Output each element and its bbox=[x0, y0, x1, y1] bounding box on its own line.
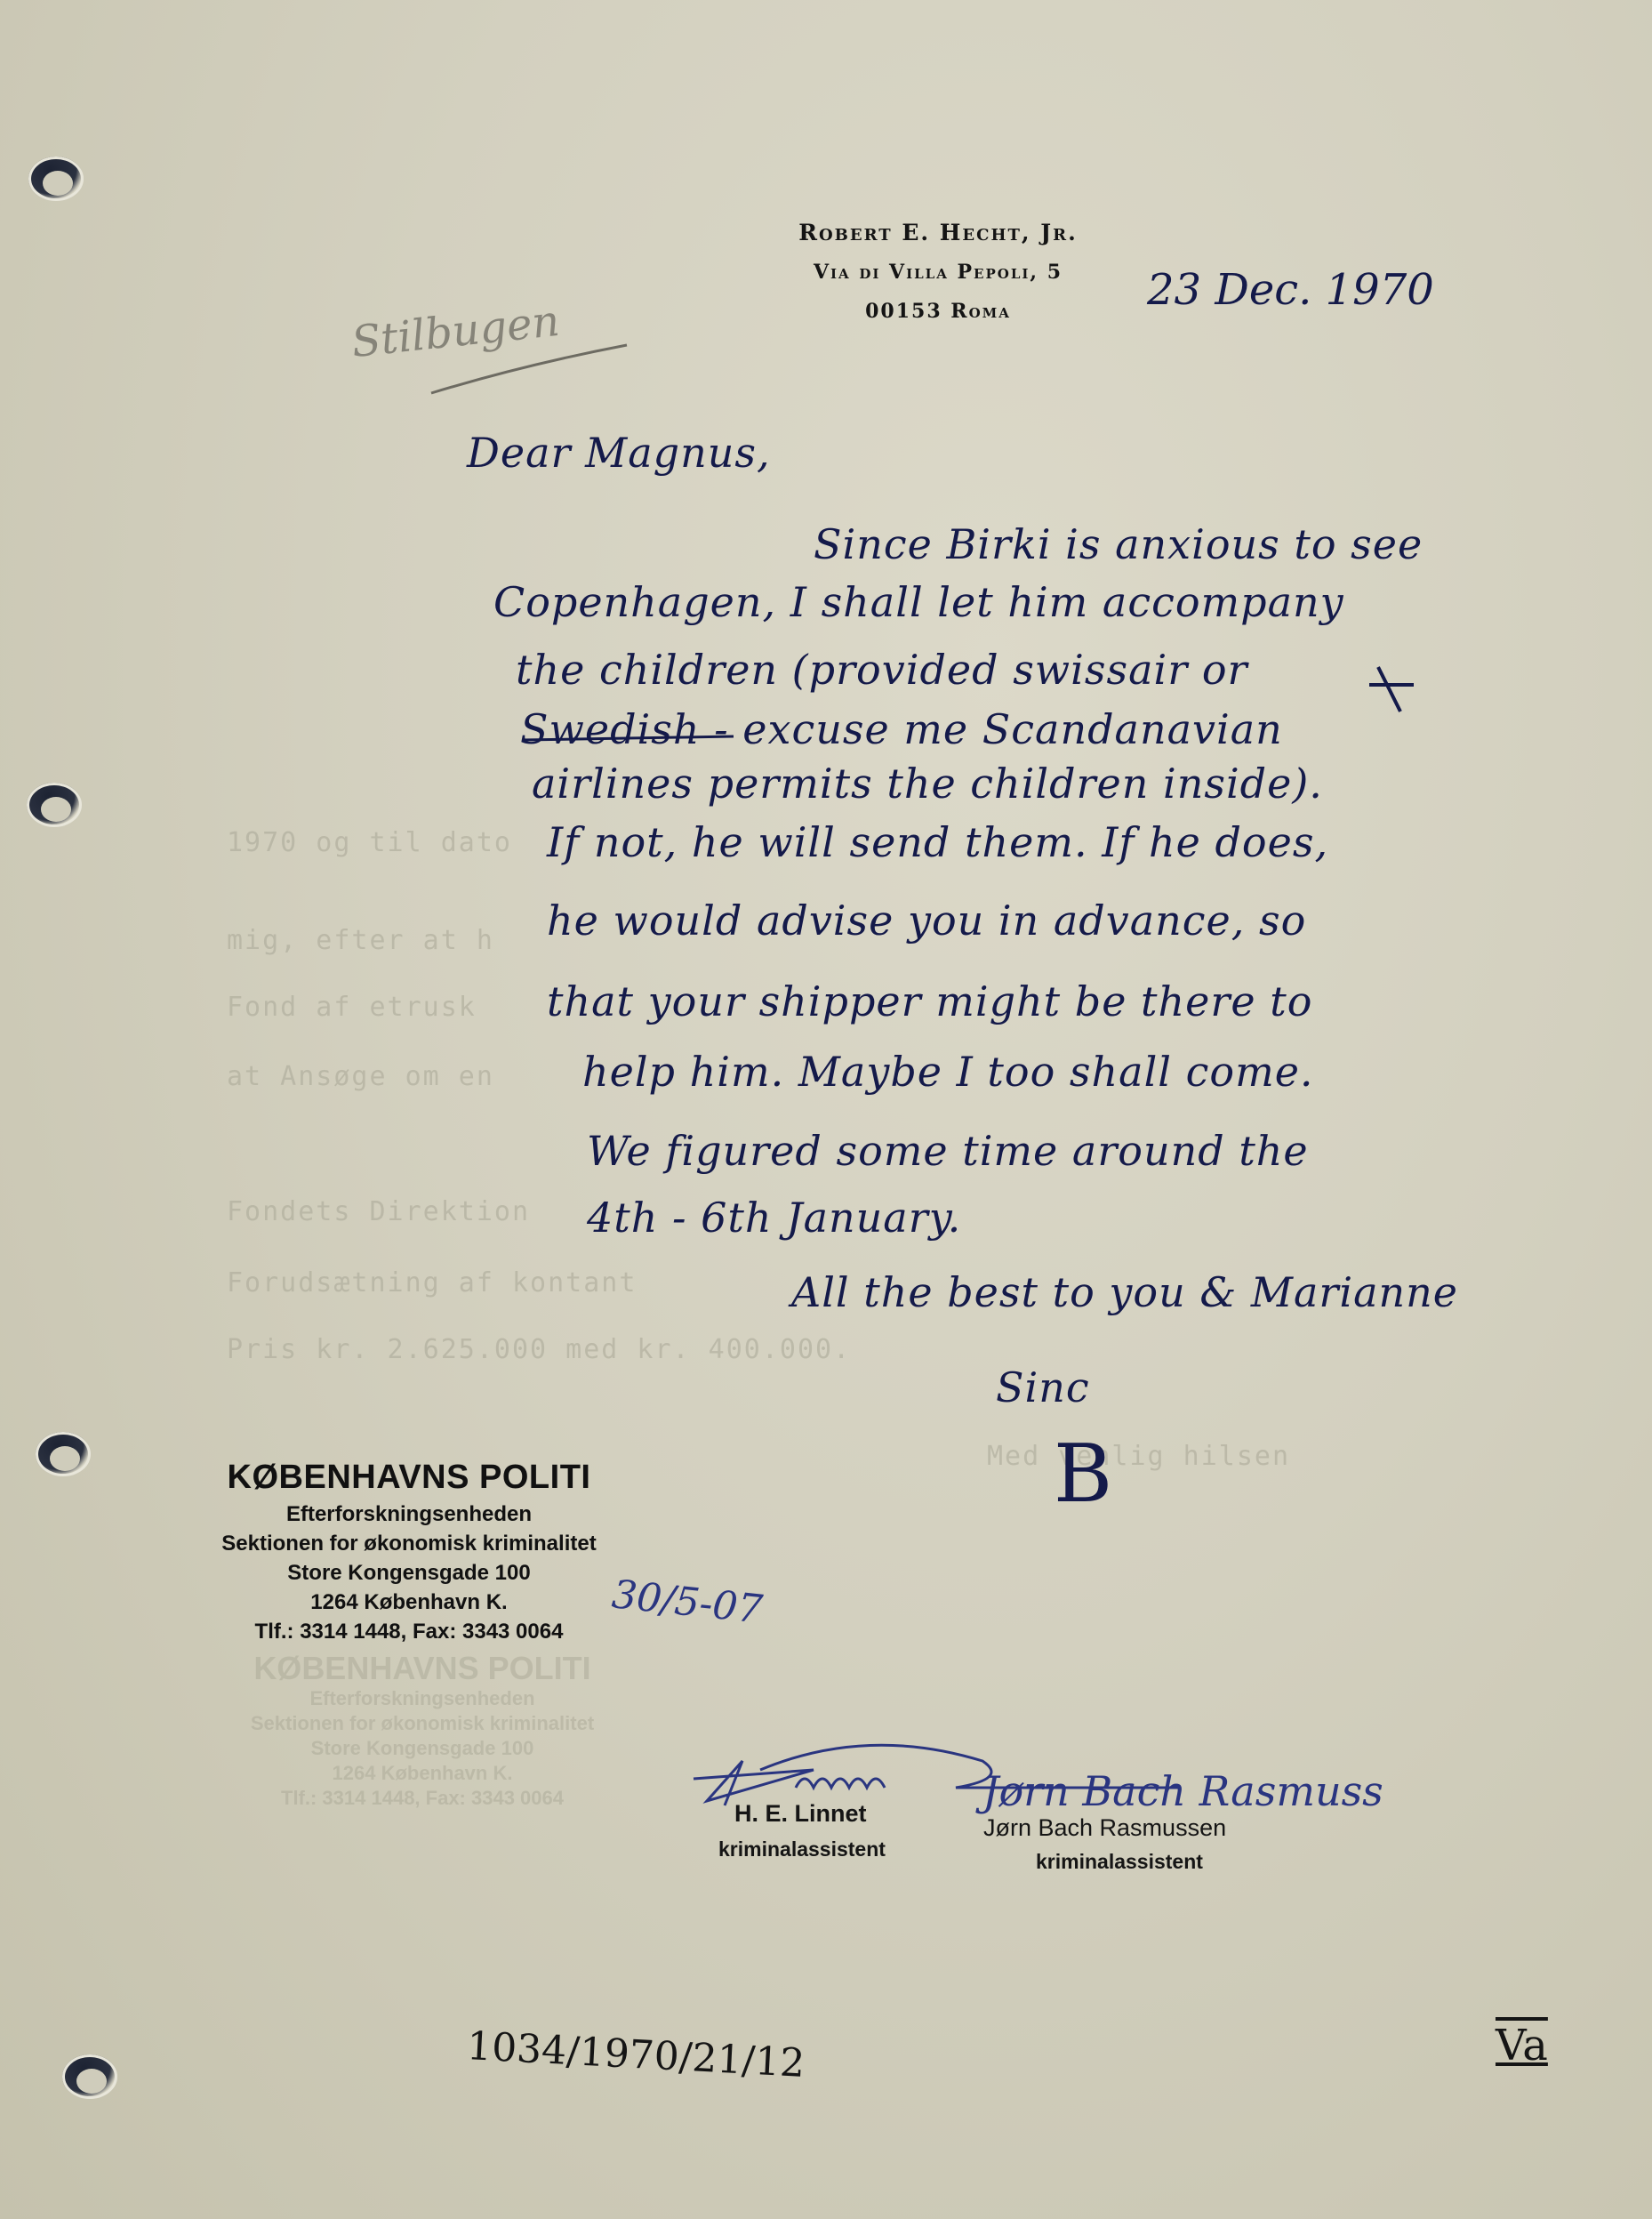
ghost-line: Pris kr. 2.625.000 med kr. 400.000. bbox=[227, 1334, 851, 1365]
punch-hole bbox=[62, 2054, 117, 2099]
signatory-name: Jørn Bach Rasmussen bbox=[983, 1814, 1226, 1842]
ghost-stamp-line: Store Kongensgade 100 bbox=[213, 1737, 631, 1762]
letter-line: he would advise you in advance, so bbox=[547, 896, 1306, 945]
stamp-line: 1264 København K. bbox=[200, 1588, 618, 1617]
ghost-stamp-line: Efterforskningsenheden bbox=[213, 1687, 631, 1712]
ghost-line: Fondets Direktion bbox=[227, 1196, 530, 1227]
punch-hole bbox=[36, 1432, 91, 1476]
letterhead-street: Via di Villa Pepoli, 5 bbox=[760, 253, 1116, 292]
letter-line: We figured some time around the bbox=[587, 1127, 1309, 1175]
letterhead-name: Robert E. Hecht, Jr. bbox=[760, 213, 1116, 253]
reference-number: 1034/1970/21/12 bbox=[466, 2023, 806, 2086]
signatory-name: H. E. Linnet bbox=[734, 1800, 867, 1828]
signoff: Sinc bbox=[996, 1363, 1090, 1411]
closing: All the best to you & Marianne bbox=[791, 1268, 1458, 1316]
punch-hole bbox=[27, 783, 82, 827]
letter-line: Copenhagen, I shall let him accompany bbox=[493, 578, 1344, 626]
stamp-line: Sektionen for økonomisk kriminalitet bbox=[200, 1529, 618, 1558]
ghost-line: Forudsætning af kontant bbox=[227, 1267, 637, 1298]
page-mark: Va bbox=[1496, 2021, 1548, 2070]
ghost-stamp-line: Tlf.: 3314 1448, Fax: 3343 0064 bbox=[213, 1787, 631, 1812]
ghost-line: 1970 og til dato bbox=[227, 827, 512, 858]
signature-initial: B bbox=[1054, 1427, 1112, 1521]
letterhead: Robert E. Hecht, Jr. Via di Villa Pepoli… bbox=[760, 213, 1116, 331]
ghost-stamp-line: Sektionen for økonomisk kriminalitet bbox=[213, 1712, 631, 1737]
stamp-line: Tlf.: 3314 1448, Fax: 3343 0064 bbox=[200, 1617, 618, 1646]
stamp-line: Store Kongensgade 100 bbox=[200, 1558, 618, 1588]
stamp-title: KØBENHAVNS POLITI bbox=[200, 1459, 618, 1499]
ghost-line: at Ansøge om en bbox=[227, 1061, 494, 1092]
pencil-underline bbox=[427, 338, 631, 400]
salutation: Dear Magnus, bbox=[467, 429, 771, 477]
signature-text: Jørn Bach Rasmussen bbox=[975, 1767, 1383, 1815]
police-stamp: KØBENHAVNS POLITI Efterforskningsenheden… bbox=[200, 1459, 618, 1646]
strikethrough-mark bbox=[1365, 658, 1418, 720]
letter-line: help him. Maybe I too shall come. bbox=[582, 1048, 1314, 1096]
stamp-date: 30/5-07 bbox=[610, 1572, 765, 1632]
ghost-line: mig, efter at h bbox=[227, 925, 494, 956]
letter-date: 23 Dec. 1970 bbox=[1147, 265, 1434, 315]
ghost-stamp: KØBENHAVNS POLITI Efterforskningsenheden… bbox=[213, 1650, 631, 1812]
letter-line: If not, he will send them. If he does, bbox=[547, 818, 1328, 866]
letter-line: airlines permits the children inside). bbox=[532, 760, 1323, 808]
ghost-stamp-title: KØBENHAVNS POLITI bbox=[213, 1650, 631, 1687]
stamp-line: Efterforskningsenheden bbox=[200, 1499, 618, 1529]
letter-line: Since Birki is anxious to see bbox=[814, 520, 1423, 568]
letter-line: the children (provided swissair or bbox=[516, 646, 1248, 694]
signatory-title: kriminalassistent bbox=[1036, 1850, 1203, 1874]
ghost-line: Fond af etrusk bbox=[227, 992, 477, 1023]
signatory-title: kriminalassistent bbox=[718, 1837, 886, 1861]
ghost-line: Med venlig hilsen bbox=[987, 1441, 1290, 1472]
punch-hole bbox=[28, 157, 84, 201]
letterhead-city: 00153 Roma bbox=[760, 292, 1116, 331]
letter-line: 4th - 6th January. bbox=[587, 1194, 961, 1242]
ghost-stamp-line: 1264 København K. bbox=[213, 1762, 631, 1787]
letter-line: that your shipper might be there to bbox=[547, 977, 1312, 1025]
strikethrough-mark bbox=[516, 694, 747, 756]
